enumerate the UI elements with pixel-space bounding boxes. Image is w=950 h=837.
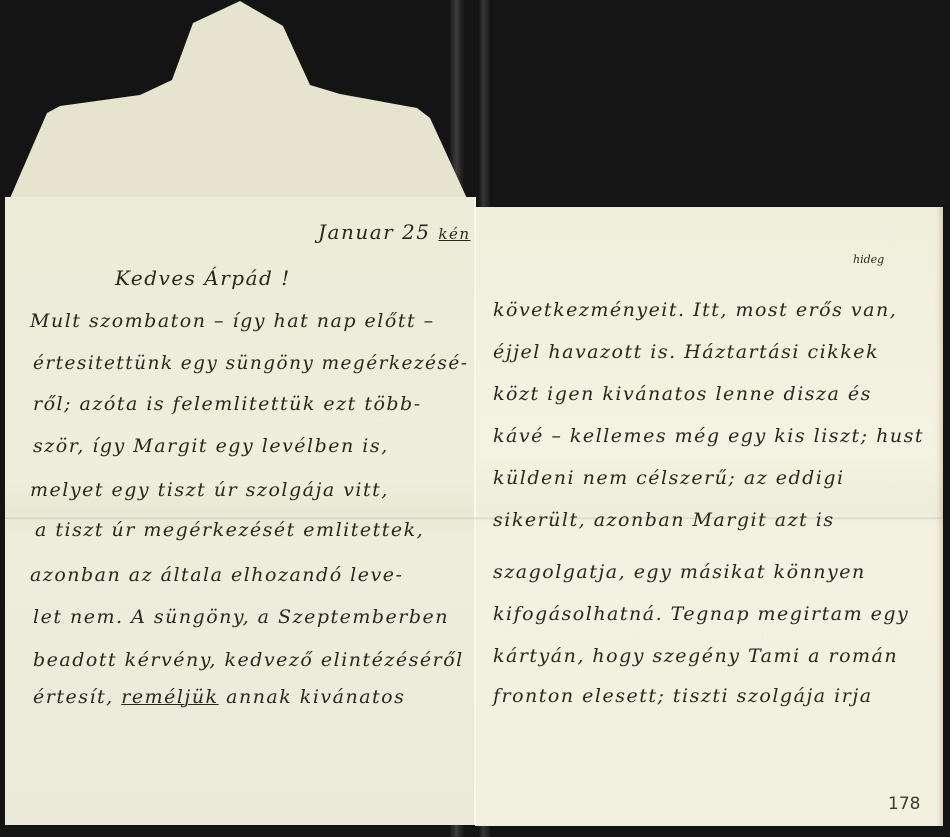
- vertical-fold: [474, 197, 476, 825]
- left-line: ször, így Margit egy levélben is,: [33, 437, 389, 456]
- left-line-tail: annak kivánatos: [226, 686, 405, 708]
- left-line: a tiszt úr megérkezését emlitettek,: [35, 521, 424, 540]
- left-line-text: értesít,: [33, 686, 114, 708]
- left-line: Mult szombaton – így hat nap előtt –: [30, 312, 435, 331]
- letter-greeting: Kedves Árpád !: [115, 268, 291, 288]
- left-line: melyet egy tiszt úr szolgája vitt,: [30, 481, 389, 500]
- inserted-word: hideg: [853, 253, 884, 266]
- right-line: közt igen kivánatos lenne disza és: [493, 385, 872, 404]
- underlined-word: reméljük: [121, 686, 218, 708]
- right-line: küldeni nem célszerű; az eddigi: [493, 469, 845, 488]
- right-line: következményeit. Itt, most erős van,: [493, 301, 897, 320]
- left-line: beadott kérvény, kedvező elintézéséről: [33, 651, 464, 670]
- letter-date: Januar 25 kén: [318, 222, 471, 242]
- background-dark-area: [492, 0, 950, 205]
- right-line: fronton elesett; tiszti szolgája irja: [493, 687, 873, 706]
- right-line: kávé – kellemes még egy kis liszt; hust: [493, 427, 924, 446]
- right-line: kifogásolhatná. Tegnap megirtam egy: [493, 605, 909, 624]
- left-line: értesitettünk egy süngöny megérkezésé-: [33, 354, 468, 373]
- right-line: sikerült, azonban Margit azt is: [493, 511, 835, 530]
- left-line: azonban az általa elhozandó leve-: [30, 566, 403, 585]
- envelope-flap: [0, 0, 475, 205]
- left-line-final: értesít, reméljük annak kivánatos: [33, 688, 405, 707]
- archive-page-number: 178: [888, 794, 920, 814]
- date-suffix: kén: [438, 225, 470, 243]
- letter-page-left: [5, 197, 476, 825]
- left-line: let nem. A süngöny, a Szeptemberben: [33, 608, 449, 627]
- date-text: Januar 25: [318, 220, 431, 244]
- left-line: ről; azóta is felemlitettük ezt több-: [33, 395, 422, 414]
- right-line: éjjel havazott is. Háztartási cikkek: [493, 343, 879, 362]
- right-line: kártyán, hogy szegény Tami a román: [493, 647, 898, 666]
- right-line: szagolgatja, egy másikat könnyen: [493, 563, 866, 582]
